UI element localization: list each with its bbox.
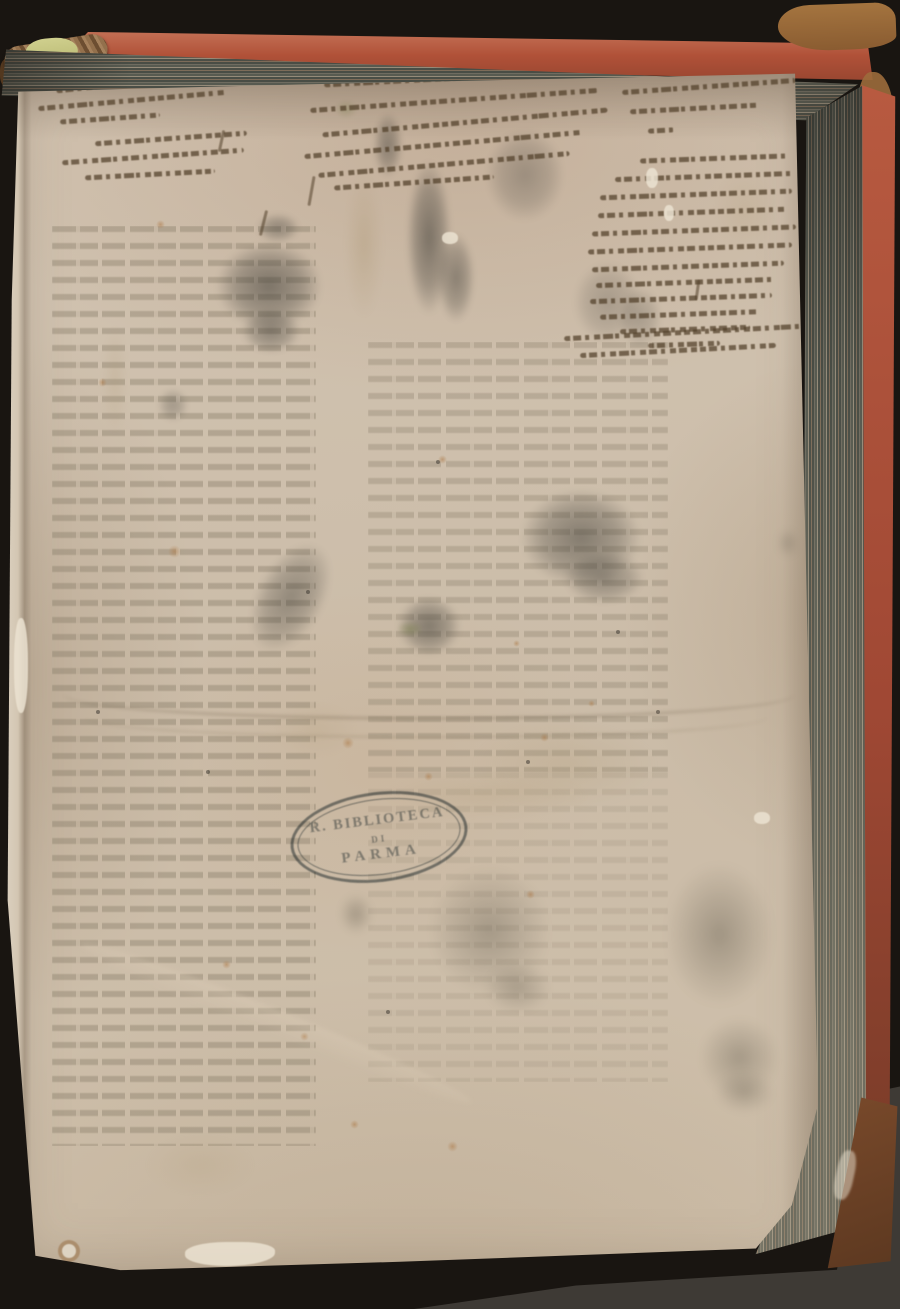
paper-chip: [442, 232, 458, 244]
water-stain: [120, 1120, 280, 1210]
ink-smudge: [152, 382, 194, 428]
ink-smudge: [548, 542, 660, 614]
ink-smudge: [772, 522, 804, 564]
torn-cover-corner-patch: [777, 2, 897, 52]
handwritten-line: [598, 207, 786, 219]
foxing-spot: [156, 220, 165, 229]
ink-smudge: [470, 950, 565, 1025]
paper-chip: [664, 205, 674, 221]
foxing-spot: [513, 640, 520, 647]
ink-speck: [616, 630, 620, 634]
handwritten-line: [630, 103, 758, 115]
handwritten-line: [592, 261, 784, 273]
handwritten-line: [622, 78, 796, 95]
handwritten-line: [648, 127, 674, 133]
ink-smudge: [702, 1062, 787, 1122]
crease-line: [86, 698, 766, 738]
handwritten-annotation-right-lower: [556, 328, 806, 370]
foxing-spot: [168, 545, 181, 558]
paper-tear: [185, 1242, 275, 1266]
handwritten-line: [600, 189, 792, 201]
ink-smudge: [248, 208, 308, 248]
paper-chip: [754, 812, 770, 824]
foxing-spot: [350, 1120, 359, 1129]
foxing-spot: [438, 455, 447, 464]
foxing-spot: [342, 737, 354, 749]
ink-speck: [206, 770, 210, 774]
handwritten-line: [85, 169, 215, 181]
handwritten-line: [596, 277, 774, 288]
handwritten-line: [38, 90, 226, 111]
wormhole: [58, 1240, 80, 1262]
handwritten-line: [310, 88, 598, 113]
foxing-spot: [98, 378, 107, 387]
paper-tear-left-edge: [14, 618, 28, 713]
handwritten-annotation-top-center: [302, 72, 617, 194]
handwritten-line: [615, 171, 795, 182]
foxing-spot: [447, 1141, 458, 1152]
ink-speck: [306, 590, 310, 594]
ink-smudge: [230, 300, 312, 362]
handwritten-line: [580, 343, 776, 358]
ink-speck: [386, 1010, 390, 1014]
ink-speck: [526, 760, 530, 764]
handwritten-line: [590, 293, 772, 304]
handwritten-line: [62, 148, 244, 166]
handwritten-line: [318, 151, 569, 178]
handwritten-line: [600, 309, 758, 320]
handwritten-line: [640, 153, 788, 163]
handwritten-line: [60, 113, 160, 125]
green-stain: [392, 618, 428, 640]
foxing-spot: [526, 890, 535, 899]
foxing-spot: [222, 960, 231, 969]
foxing-spot: [424, 772, 433, 781]
ink-smudge: [332, 885, 380, 943]
paper-chip: [646, 168, 658, 188]
handwritten-line: [588, 242, 792, 254]
book-photograph: R. BIBLIOTECA DI PARMA: [0, 0, 900, 1309]
handwritten-line: [592, 224, 796, 236]
handwritten-line: [334, 174, 494, 190]
manuscript-page: R. BIBLIOTECA DI PARMA: [6, 70, 822, 1275]
